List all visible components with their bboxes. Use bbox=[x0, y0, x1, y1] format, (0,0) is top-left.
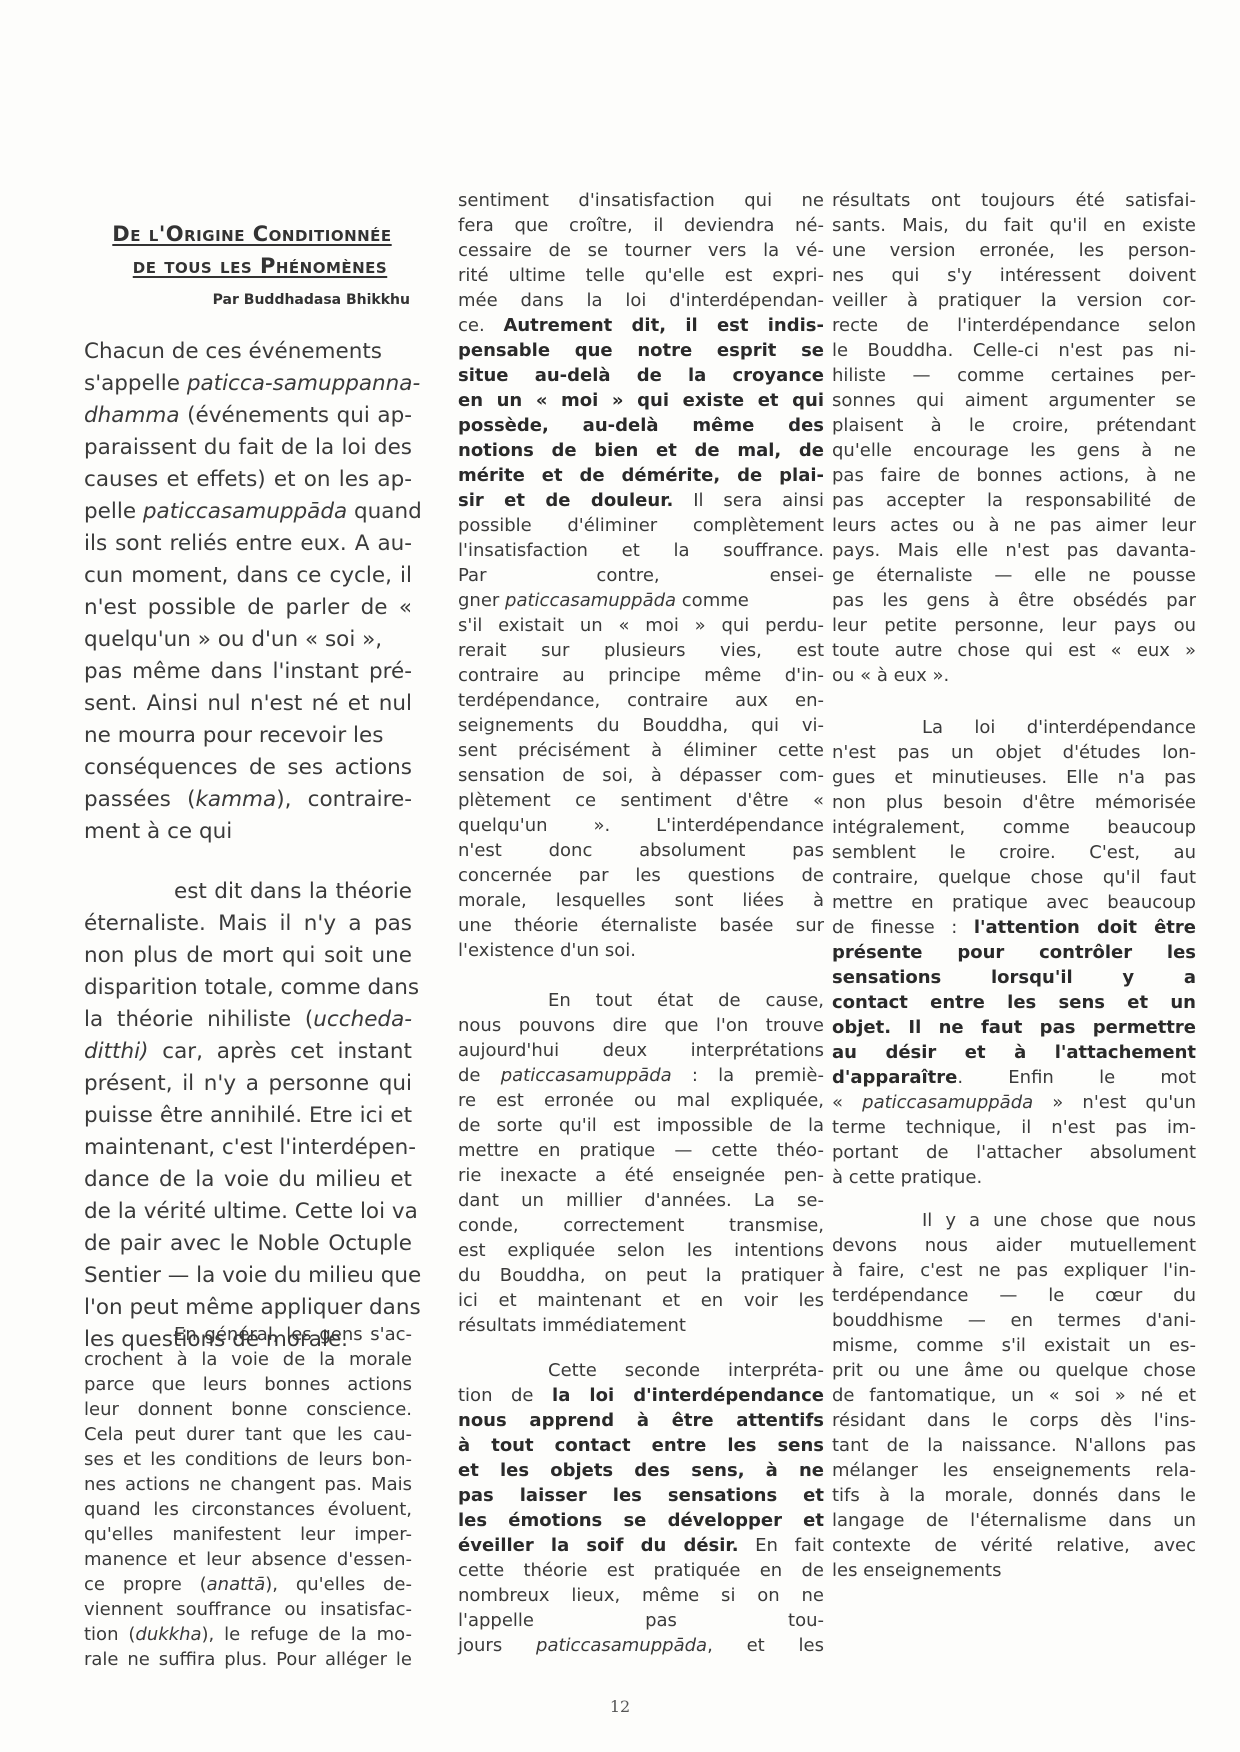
bold-text: éveiller la soif du désir. bbox=[458, 1535, 739, 1556]
text-run: du Bouddha, on peut la pratiquer bbox=[458, 1265, 824, 1286]
text-run: mée dans la loi d'interdépendan- bbox=[458, 290, 824, 311]
text-line: Chacun de ces événements bbox=[84, 336, 412, 368]
text-line: l'on peut même appliquer dans bbox=[84, 1292, 412, 1324]
text-line: mettre en pratique — cette théo- bbox=[458, 1138, 824, 1163]
text-line: s'il existait un « moi » qui perdu- bbox=[458, 613, 824, 638]
text-run: non plus de mort qui soit une bbox=[84, 943, 412, 968]
text-run: prit ou une âme ou quelque chose bbox=[832, 1360, 1196, 1381]
text-run: n'est pas un objet d'études lon- bbox=[832, 742, 1196, 763]
text-run: le Bouddha. Celle-ci n'est pas ni- bbox=[832, 340, 1196, 361]
text-line: mélanger les enseignements rela- bbox=[832, 1458, 1196, 1483]
text-line: tion (dukkha), le refuge de la mo- bbox=[84, 1622, 412, 1647]
text-line: ses et les conditions de leurs bon- bbox=[84, 1447, 412, 1472]
text-line: « paticcasamuppāda » n'est qu'un bbox=[832, 1090, 1196, 1115]
text-line: éternaliste. Mais il n'y a pas bbox=[84, 908, 412, 940]
text-line: pas accepter la responsabilité de bbox=[832, 488, 1196, 513]
text-run: Chacun de ces événements bbox=[84, 339, 382, 364]
italic-term: ditthi) bbox=[84, 1039, 148, 1064]
text-line: l'existence d'un soi. bbox=[458, 938, 824, 963]
text-line: prit ou une âme ou quelque chose bbox=[832, 1358, 1196, 1383]
text-line: toute autre chose qui est « eux » bbox=[832, 638, 1196, 663]
text-run: de pair avec le Noble Octuple bbox=[84, 1231, 412, 1256]
text-line: au désir et à l'attachement bbox=[832, 1040, 1196, 1065]
text-run: portant de l'attacher absolument bbox=[832, 1142, 1196, 1163]
text-line: causes et effets) et on les ap- bbox=[84, 464, 412, 496]
text-line: de sorte qu'il est impossible de la bbox=[458, 1113, 824, 1138]
text-run: ne mourra pour recevoir les bbox=[84, 723, 383, 748]
article-title-line-1: De l'Origine Conditionnée bbox=[96, 222, 408, 246]
text-run: de fantomatique, un « soi » né et bbox=[832, 1385, 1196, 1406]
text-run: , et les bbox=[707, 1635, 824, 1656]
italic-term: dukkha bbox=[135, 1624, 201, 1645]
text-line: s'appelle paticca-samuppanna- bbox=[84, 368, 412, 400]
text-run: de finesse : bbox=[832, 917, 974, 938]
text-run: mettre en pratique — cette théo- bbox=[458, 1140, 824, 1161]
text-line: langage de l'éternalisme dans un bbox=[832, 1508, 1196, 1533]
text-run: sonnes qui aiment argumenter se bbox=[832, 390, 1196, 411]
text-line: situe au-delà de la croyance bbox=[458, 363, 824, 388]
text-run: qu'elle encourage les gens à ne bbox=[832, 440, 1196, 461]
bold-text: d'apparaître bbox=[832, 1067, 957, 1088]
text-line: possède, au-delà même des bbox=[458, 413, 824, 438]
text-line: sonnes qui aiment argumenter se bbox=[832, 388, 1196, 413]
text-run: tifs à la morale, donnés dans le bbox=[832, 1485, 1196, 1506]
text-run: hiliste — comme certaines per- bbox=[832, 365, 1196, 386]
text-line: conde, correctement transmise, bbox=[458, 1213, 824, 1238]
text-run: rité ultime telle qu'elle est expri- bbox=[458, 265, 824, 286]
text-line: ils sont reliés entre eux. A au- bbox=[84, 528, 412, 560]
text-run: à cette pratique. bbox=[832, 1167, 982, 1188]
text-line: terdépendance — le cœur du bbox=[832, 1283, 1196, 1308]
text-line: gues et minutieuses. Elle n'a pas bbox=[832, 765, 1196, 790]
text-run: pas accepter la responsabilité de bbox=[832, 490, 1196, 511]
text-line: quand les circonstances évoluent, bbox=[84, 1497, 412, 1522]
text-line: plètement ce sentiment d'être « bbox=[458, 788, 824, 813]
text-line: gner paticcasamuppāda comme bbox=[458, 588, 824, 613]
text-run: quelqu'un ». L'interdépendance bbox=[458, 815, 824, 836]
text-line: les émotions se développer et bbox=[458, 1508, 824, 1533]
text-run: gues et minutieuses. Elle n'a pas bbox=[832, 767, 1196, 788]
text-run: veiller à pratiquer la version cor- bbox=[832, 290, 1196, 311]
text-run: ), contraire- bbox=[276, 787, 412, 812]
text-line: crochent à la voie de la morale bbox=[84, 1347, 412, 1372]
text-run: aujourd'hui deux interprétations bbox=[458, 1040, 824, 1061]
text-run: non plus besoin d'être mémorisée bbox=[832, 792, 1196, 813]
text-run: . Enfin le mot bbox=[957, 1067, 1196, 1088]
bold-text: objet. Il ne faut pas permettre bbox=[832, 1017, 1196, 1038]
text-run: est dit dans la théorie bbox=[174, 879, 412, 904]
text-line: ou « à eux ». bbox=[832, 663, 1196, 688]
text-line: notions de bien et de mal, de bbox=[458, 438, 824, 463]
text-line: n'est pas un objet d'études lon- bbox=[832, 740, 1196, 765]
text-run: rerait sur plusieurs vies, est bbox=[458, 640, 824, 661]
text-run: mettre en pratique avec beaucoup bbox=[832, 892, 1196, 913]
text-run: contraire au principe même d'in- bbox=[458, 665, 824, 686]
text-run: « bbox=[832, 1092, 862, 1113]
text-line: mettre en pratique avec beaucoup bbox=[832, 890, 1196, 915]
text-run: quelqu'un » ou d'un « soi », bbox=[84, 627, 382, 652]
text-line: tifs à la morale, donnés dans le bbox=[832, 1483, 1196, 1508]
text-run: présent, il n'y a personne qui bbox=[84, 1071, 412, 1096]
text-line: dhamma (événements qui ap- bbox=[84, 400, 412, 432]
text-line: qu'elles manifestent leur imper- bbox=[84, 1522, 412, 1547]
text-line: non plus besoin d'être mémorisée bbox=[832, 790, 1196, 815]
text-run: ici et maintenant et en voir les bbox=[458, 1290, 824, 1311]
text-line: n'est possible de parler de « bbox=[84, 592, 412, 624]
text-run: sent précisément à éliminer cette bbox=[458, 740, 824, 761]
text-run: semblent le croire. C'est, au bbox=[832, 842, 1196, 863]
text-run: causes et effets) et on les ap- bbox=[84, 467, 412, 492]
text-run: résultats immédiatement bbox=[458, 1315, 686, 1336]
text-line: devons nous aider mutuellement bbox=[832, 1233, 1196, 1258]
text-line: dant un millier d'années. La se- bbox=[458, 1188, 824, 1213]
text-line: présente pour contrôler les bbox=[832, 940, 1196, 965]
text-line: rerait sur plusieurs vies, est bbox=[458, 638, 824, 663]
text-run: parce que leurs bonnes actions bbox=[84, 1374, 412, 1395]
text-run: s'appelle bbox=[84, 371, 187, 396]
text-run: puisse être annihilé. Etre ici et bbox=[84, 1103, 412, 1128]
text-run: résidant dans le corps dès l'ins- bbox=[832, 1410, 1196, 1431]
text-run: sants. Mais, du fait qu'il en existe bbox=[832, 215, 1196, 236]
italic-term: paticcasamuppāda bbox=[501, 1065, 672, 1086]
text-run: intégralement, comme beaucoup bbox=[832, 817, 1196, 838]
text-line: l'insatisfaction et la souffrance. bbox=[458, 538, 824, 563]
text-line: de pair avec le Noble Octuple bbox=[84, 1228, 412, 1260]
text-line: sir et de douleur. Il sera ainsi bbox=[458, 488, 824, 513]
text-line: pays. Mais elle n'est pas davanta- bbox=[832, 538, 1196, 563]
text-run: une version erronée, les person- bbox=[832, 240, 1196, 261]
text-line: terme technique, il n'est pas im- bbox=[832, 1115, 1196, 1140]
text-line: leurs actes ou à ne pas aimer leur bbox=[832, 513, 1196, 538]
text-line: semblent le croire. C'est, au bbox=[832, 840, 1196, 865]
text-line: portant de l'attacher absolument bbox=[832, 1140, 1196, 1165]
text-run: Cette seconde interpréta- bbox=[548, 1360, 824, 1381]
text-run: jours bbox=[458, 1635, 536, 1656]
text-line: à faire, c'est ne pas expliquer l'in- bbox=[832, 1258, 1196, 1283]
text-line: qu'elle encourage les gens à ne bbox=[832, 438, 1196, 463]
text-line: contexte de vérité relative, avec bbox=[832, 1533, 1196, 1558]
text-run: pelle bbox=[84, 499, 143, 524]
bold-text: sensations lorsqu'il y a bbox=[832, 967, 1196, 988]
text-run: n'est donc absolument pas bbox=[458, 840, 824, 861]
text-run: (événements qui ap- bbox=[180, 403, 412, 428]
text-run: l'appelle pas tou- bbox=[458, 1610, 824, 1631]
text-run: disparition totale, comme dans bbox=[84, 975, 419, 1000]
text-line: ce. Autrement dit, il est indis- bbox=[458, 313, 824, 338]
text-run: à faire, c'est ne pas expliquer l'in- bbox=[832, 1260, 1196, 1281]
text-run: leurs actes ou à ne pas aimer leur bbox=[832, 515, 1196, 536]
text-run: En fait bbox=[739, 1535, 824, 1556]
text-run: toute autre chose qui est « eux » bbox=[832, 640, 1196, 661]
bold-text: mérite et de démérite, de plai- bbox=[458, 465, 824, 486]
text-line: intégralement, comme beaucoup bbox=[832, 815, 1196, 840]
text-run: de bbox=[458, 1065, 501, 1086]
italic-term: uccheda- bbox=[313, 1007, 412, 1032]
text-line: le Bouddha. Celle-ci n'est pas ni- bbox=[832, 338, 1196, 363]
text-line: une théorie éternaliste basée sur bbox=[458, 913, 824, 938]
bold-text: nous apprend à être attentifs bbox=[458, 1410, 824, 1431]
text-line: ici et maintenant et en voir les bbox=[458, 1288, 824, 1313]
text-run: En tout état de cause, bbox=[548, 990, 824, 1011]
text-run: re est erronée ou mal expliquée, bbox=[458, 1090, 824, 1111]
text-line: aujourd'hui deux interprétations bbox=[458, 1038, 824, 1063]
text-run: concernée par les questions de bbox=[458, 865, 824, 886]
article-byline: Par Buddhadasa Bhikkhu bbox=[170, 292, 410, 308]
text-run: paraissent du fait de la loi des bbox=[84, 435, 412, 460]
text-line: contraire au principe même d'in- bbox=[458, 663, 824, 688]
text-line: sensation de soi, à dépasser com- bbox=[458, 763, 824, 788]
text-run: ce propre ( bbox=[84, 1574, 207, 1595]
text-line: hiliste — comme certaines per- bbox=[832, 363, 1196, 388]
text-line: présent, il n'y a personne qui bbox=[84, 1068, 412, 1100]
bold-text: à tout contact entre les sens bbox=[458, 1435, 824, 1456]
text-line: maintenant, c'est l'interdépen- bbox=[84, 1132, 412, 1164]
text-run: de sorte qu'il est impossible de la bbox=[458, 1115, 824, 1136]
text-run: misme, comme s'il existait un es- bbox=[832, 1335, 1196, 1356]
text-run: langage de l'éternalisme dans un bbox=[832, 1510, 1196, 1531]
text-line: nombreux lieux, même si on ne bbox=[458, 1583, 824, 1608]
text-run: : la premiè- bbox=[672, 1065, 824, 1086]
text-line: viennent souffrance ou insatisfac- bbox=[84, 1597, 412, 1622]
text-line: paraissent du fait de la loi des bbox=[84, 432, 412, 464]
text-line: de la vérité ultime. Cette loi va bbox=[84, 1196, 412, 1228]
text-line: disparition totale, comme dans bbox=[84, 972, 412, 1004]
text-line: pelle paticcasamuppāda quand bbox=[84, 496, 412, 528]
bold-text: pas laisser les sensations et bbox=[458, 1485, 824, 1506]
text-run: sentiment d'insatisfaction qui ne bbox=[458, 190, 824, 211]
text-run: nombreux lieux, même si on ne bbox=[458, 1585, 824, 1606]
text-line: pas faire de bonnes actions, à ne bbox=[832, 463, 1196, 488]
text-line: contact entre les sens et un bbox=[832, 990, 1196, 1015]
text-line: possible d'éliminer complètement bbox=[458, 513, 824, 538]
text-run: maintenant, c'est l'interdépen- bbox=[84, 1135, 416, 1160]
text-line: terdépendance, contraire aux en- bbox=[458, 688, 824, 713]
text-line: en un « moi » qui existe et qui bbox=[458, 388, 824, 413]
text-run: Sentier — la voie du milieu que bbox=[84, 1263, 421, 1288]
text-run: leur petite personne, leur pays ou bbox=[832, 615, 1196, 636]
bold-text: pensable que notre esprit se bbox=[458, 340, 824, 361]
text-line: résultats immédiatement bbox=[458, 1313, 824, 1338]
text-line: et les objets des sens, à ne bbox=[458, 1458, 824, 1483]
text-run: nous pouvons dire que l'on trouve bbox=[458, 1015, 824, 1036]
text-line: d'apparaître. Enfin le mot bbox=[832, 1065, 1196, 1090]
text-run: ), qu'elles de- bbox=[265, 1574, 412, 1595]
text-line: de paticcasamuppāda : la premiè- bbox=[458, 1063, 824, 1088]
text-line: objet. Il ne faut pas permettre bbox=[832, 1015, 1196, 1040]
text-line: rité ultime telle qu'elle est expri- bbox=[458, 263, 824, 288]
text-run: est expliquée selon les intentions bbox=[458, 1240, 824, 1261]
text-line: concernée par les questions de bbox=[458, 863, 824, 888]
text-line: de finesse : l'attention doit être bbox=[832, 915, 1196, 940]
text-run: ), le refuge de la mo- bbox=[202, 1624, 412, 1645]
text-line: contraire, quelque chose qu'il faut bbox=[832, 865, 1196, 890]
text-line: pas même dans l'instant pré- bbox=[84, 656, 412, 688]
text-line: l'appelle pas tou- bbox=[458, 1608, 824, 1633]
text-line: les enseignements bbox=[832, 1558, 1196, 1583]
text-run: rie inexacte a été enseignée pen- bbox=[458, 1165, 824, 1186]
text-line: résultats ont toujours été satisfai- bbox=[832, 188, 1196, 213]
text-line: éveiller la soif du désir. En fait bbox=[458, 1533, 824, 1558]
text-line: Il y a une chose que nous bbox=[832, 1208, 1196, 1233]
text-line: à tout contact entre les sens bbox=[458, 1433, 824, 1458]
text-run: conséquences de ses actions bbox=[84, 755, 412, 780]
text-line: ce propre (anattā), qu'elles de- bbox=[84, 1572, 412, 1597]
text-run: Cela peut durer tant que les cau- bbox=[84, 1424, 412, 1445]
text-line: En tout état de cause, bbox=[458, 988, 824, 1013]
text-run: tant de la naissance. N'allons pas bbox=[832, 1435, 1196, 1456]
text-run: car, après cet instant bbox=[148, 1039, 412, 1064]
italic-term: paticcasamuppāda bbox=[143, 499, 347, 524]
text-line: tant de la naissance. N'allons pas bbox=[832, 1433, 1196, 1458]
text-line: résidant dans le corps dès l'ins- bbox=[832, 1408, 1196, 1433]
text-line: recte de l'interdépendance selon bbox=[832, 313, 1196, 338]
text-line: ditthi) car, après cet instant bbox=[84, 1036, 412, 1068]
text-line: la théorie nihiliste (uccheda- bbox=[84, 1004, 412, 1036]
text-run: qu'elles manifestent leur imper- bbox=[84, 1524, 412, 1545]
text-run: s'il existait un « moi » qui perdu- bbox=[458, 615, 824, 636]
text-run: ses et les conditions de leurs bon- bbox=[84, 1449, 412, 1470]
text-run: morale, lesquelles sont liées à bbox=[458, 890, 824, 911]
text-run: pas les gens à être obsédés par bbox=[832, 590, 1196, 611]
text-run: tion ( bbox=[84, 1624, 135, 1645]
text-run: pas faire de bonnes actions, à ne bbox=[832, 465, 1196, 486]
bold-text: sir et de douleur. bbox=[458, 490, 673, 511]
text-line: pas les gens à être obsédés par bbox=[832, 588, 1196, 613]
text-line: La loi d'interdépendance bbox=[832, 715, 1196, 740]
text-run: comme bbox=[676, 590, 749, 611]
document-page: De l'Origine Conditionnée de tous les Ph… bbox=[0, 0, 1240, 1752]
text-run: pas même dans l'instant pré- bbox=[84, 659, 412, 684]
text-run: rale ne suffira plus. Pour alléger le bbox=[84, 1649, 412, 1670]
text-run: ou « à eux ». bbox=[832, 665, 949, 686]
italic-term: kamma bbox=[195, 787, 276, 812]
bold-text: l'attention doit être bbox=[974, 917, 1196, 938]
text-run: nes actions ne changent pas. Mais bbox=[84, 1474, 412, 1495]
text-run: recte de l'interdépendance selon bbox=[832, 315, 1196, 336]
text-line: rie inexacte a été enseignée pen- bbox=[458, 1163, 824, 1188]
bold-text: au désir et à l'attachement bbox=[832, 1042, 1196, 1063]
text-line: re est erronée ou mal expliquée, bbox=[458, 1088, 824, 1113]
text-line: du Bouddha, on peut la pratiquer bbox=[458, 1263, 824, 1288]
text-run: terdépendance — le cœur du bbox=[832, 1285, 1196, 1306]
text-run: de la vérité ultime. Cette loi va bbox=[84, 1199, 418, 1224]
text-line: passées (kamma), contraire- bbox=[84, 784, 412, 816]
text-run: la théorie nihiliste ( bbox=[84, 1007, 313, 1032]
text-run: plètement ce sentiment d'être « bbox=[458, 790, 824, 811]
bold-text: contact entre les sens et un bbox=[832, 992, 1196, 1013]
text-line: cessaire de se tourner vers la vé- bbox=[458, 238, 824, 263]
text-run: l'on peut même appliquer dans bbox=[84, 1295, 421, 1320]
text-run: dance de la voie du milieu et bbox=[84, 1167, 412, 1192]
text-run: contexte de vérité relative, avec bbox=[832, 1535, 1196, 1556]
text-line: nes actions ne changent pas. Mais bbox=[84, 1472, 412, 1497]
bold-text: et les objets des sens, à ne bbox=[458, 1460, 824, 1481]
text-run: nes qui s'y intéressent doivent bbox=[832, 265, 1196, 286]
italic-term: paticca-samuppanna- bbox=[187, 371, 420, 396]
text-line: sensations lorsqu'il y a bbox=[832, 965, 1196, 990]
text-run: cun moment, dans ce cycle, il bbox=[84, 563, 412, 588]
text-run: ils sont reliés entre eux. A au- bbox=[84, 531, 412, 556]
text-run: gner bbox=[458, 590, 505, 611]
italic-term: paticcasamuppāda bbox=[862, 1092, 1033, 1113]
text-run: dant un millier d'années. La se- bbox=[458, 1190, 824, 1211]
text-run: passées ( bbox=[84, 787, 195, 812]
text-run: n'est possible de parler de « bbox=[84, 595, 412, 620]
text-line: jours paticcasamuppāda, et les bbox=[458, 1633, 824, 1658]
text-line: est expliquée selon les intentions bbox=[458, 1238, 824, 1263]
bold-text: en un « moi » qui existe et qui bbox=[458, 390, 824, 411]
text-line: une version erronée, les person- bbox=[832, 238, 1196, 263]
text-run: résultats ont toujours été satisfai- bbox=[832, 190, 1196, 211]
text-line: Sentier — la voie du milieu que bbox=[84, 1260, 412, 1292]
bold-text: situe au-delà de la croyance bbox=[458, 365, 824, 386]
text-line: tion de la loi d'interdépendance bbox=[458, 1383, 824, 1408]
text-run: seignements du Bouddha, qui vi- bbox=[458, 715, 824, 736]
text-line: n'est donc absolument pas bbox=[458, 838, 824, 863]
text-run: cessaire de se tourner vers la vé- bbox=[458, 240, 824, 261]
text-run: sensation de soi, à dépasser com- bbox=[458, 765, 824, 786]
text-line: leur donnent bonne conscience. bbox=[84, 1397, 412, 1422]
text-line: Cela peut durer tant que les cau- bbox=[84, 1422, 412, 1447]
text-run: quand bbox=[347, 499, 422, 524]
text-run: Il sera ainsi bbox=[673, 490, 824, 511]
text-line: dance de la voie du milieu et bbox=[84, 1164, 412, 1196]
italic-term: anattā bbox=[207, 1574, 266, 1595]
text-line: ment à ce qui bbox=[84, 816, 412, 848]
text-line: parce que leurs bonnes actions bbox=[84, 1372, 412, 1397]
text-line: Par contre, ensei- bbox=[458, 563, 824, 588]
text-run: contraire, quelque chose qu'il faut bbox=[832, 867, 1196, 888]
text-line: à cette pratique. bbox=[832, 1165, 1196, 1190]
text-line: de fantomatique, un « soi » né et bbox=[832, 1383, 1196, 1408]
text-run: possible d'éliminer complètement bbox=[458, 515, 824, 536]
text-line: rale ne suffira plus. Pour alléger le bbox=[84, 1647, 412, 1672]
text-line: sants. Mais, du fait qu'il en existe bbox=[832, 213, 1196, 238]
text-run: tion de bbox=[458, 1385, 552, 1406]
text-run: conde, correctement transmise, bbox=[458, 1215, 824, 1236]
text-run: mélanger les enseignements rela- bbox=[832, 1460, 1196, 1481]
text-run: Il y a une chose que nous bbox=[922, 1210, 1196, 1231]
text-run: Par contre, ensei- bbox=[458, 565, 824, 586]
text-line: morale, lesquelles sont liées à bbox=[458, 888, 824, 913]
text-run: cette théorie est pratiquée en de bbox=[458, 1560, 824, 1581]
text-run: une théorie éternaliste basée sur bbox=[458, 915, 824, 936]
text-run: plaisent à le croire, prétendant bbox=[832, 415, 1196, 436]
text-line: puisse être annihilé. Etre ici et bbox=[84, 1100, 412, 1132]
text-line: bouddhisme — en termes d'ani- bbox=[832, 1308, 1196, 1333]
bold-text: possède, au-delà même des bbox=[458, 415, 824, 436]
text-line: quelqu'un » ou d'un « soi », bbox=[84, 624, 412, 656]
text-line: seignements du Bouddha, qui vi- bbox=[458, 713, 824, 738]
text-line: En général, les gens s'ac- bbox=[84, 1322, 412, 1347]
bold-text: Autrement dit, il est indis- bbox=[503, 315, 824, 336]
text-line: mée dans la loi d'interdépendan- bbox=[458, 288, 824, 313]
text-line: fera que croître, il deviendra né- bbox=[458, 213, 824, 238]
text-line: cun moment, dans ce cycle, il bbox=[84, 560, 412, 592]
text-run: viennent souffrance ou insatisfac- bbox=[84, 1599, 412, 1620]
bold-text: la loi d'interdépendance bbox=[552, 1385, 824, 1406]
text-line: non plus de mort qui soit une bbox=[84, 940, 412, 972]
text-run: manence et leur absence d'essen- bbox=[84, 1549, 412, 1570]
text-run: les enseignements bbox=[832, 1560, 1001, 1581]
text-run: ment à ce qui bbox=[84, 819, 232, 844]
text-line: plaisent à le croire, prétendant bbox=[832, 413, 1196, 438]
text-line: misme, comme s'il existait un es- bbox=[832, 1333, 1196, 1358]
text-run: sent. Ainsi nul n'est né et nul bbox=[84, 691, 412, 716]
text-run: terme technique, il n'est pas im- bbox=[832, 1117, 1196, 1138]
page-number: 12 bbox=[600, 1697, 640, 1716]
text-run: crochent à la voie de la morale bbox=[84, 1349, 412, 1370]
